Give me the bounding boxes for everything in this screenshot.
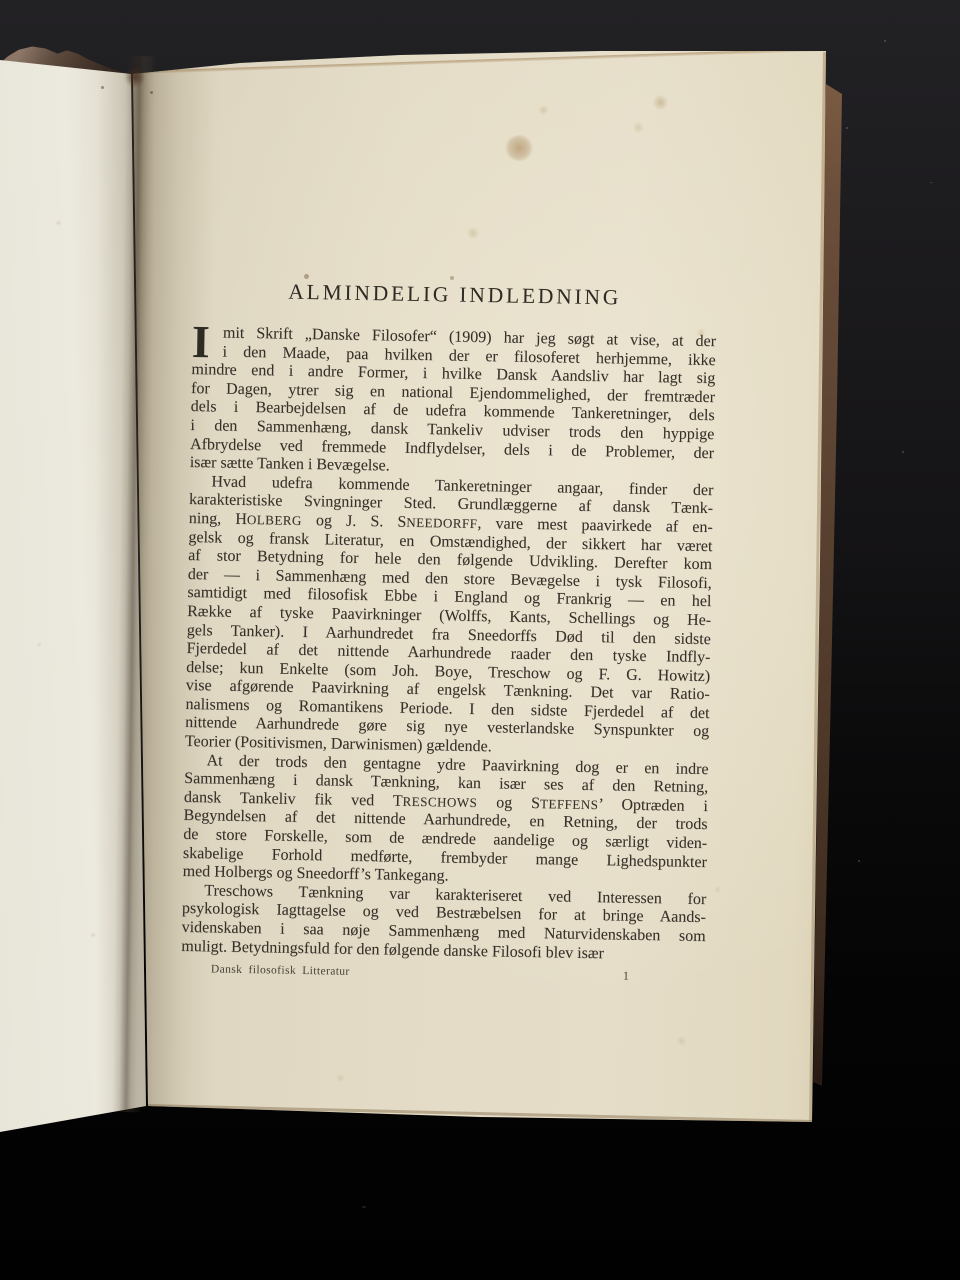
text-body: Imit Skrift „Danske Filosofer“ (1909) ha… bbox=[181, 324, 716, 965]
foxing-spot bbox=[304, 274, 309, 279]
page-number: 1 bbox=[623, 969, 629, 984]
running-title: Dansk filosofisk Litteratur bbox=[211, 964, 350, 978]
foxing-spot bbox=[538, 105, 549, 115]
right-page: ALMINDELIG INDLEDNING Imit Skrift „Dansk… bbox=[128, 46, 844, 1130]
foxing-spot bbox=[714, 886, 721, 893]
paragraph: Treschows Tænkning var karakteriseret ve… bbox=[181, 882, 706, 966]
text-block: ALMINDELIG INDLEDNING Imit Skrift „Dansk… bbox=[181, 278, 717, 985]
drop-cap: I bbox=[192, 325, 211, 361]
foxing-spot bbox=[504, 135, 534, 161]
page-title: ALMINDELIG INDLEDNING bbox=[193, 278, 717, 312]
foxing-spot bbox=[55, 220, 62, 226]
footer: Dansk filosofisk Litteratur 1 bbox=[181, 961, 705, 985]
dust-speck bbox=[858, 860, 860, 862]
foxing-spot bbox=[466, 227, 480, 239]
foxing-spot bbox=[632, 122, 645, 133]
foxing-spot bbox=[652, 95, 669, 110]
dust-speck bbox=[902, 451, 904, 453]
dust-speck bbox=[362, 1206, 366, 1208]
foxing-spot bbox=[36, 642, 42, 647]
page-edge bbox=[134, 48, 828, 74]
gutter-shadow bbox=[125, 66, 145, 88]
foxing-spot bbox=[676, 1036, 687, 1046]
paragraph: Imit Skrift „Danske Filosofer“ (1909) ha… bbox=[190, 324, 717, 482]
paragraph: Hvad udefra kommende Tankeretninger anga… bbox=[185, 473, 714, 761]
foxing-spot bbox=[450, 276, 454, 280]
dust-speck bbox=[846, 127, 848, 129]
photo-of-open-book: ALMINDELIG INDLEDNING Imit Skrift „Dansk… bbox=[0, 0, 960, 1280]
page-edge bbox=[146, 1104, 814, 1123]
foxing-spot bbox=[101, 86, 104, 89]
dust-speck bbox=[884, 40, 886, 42]
dust-speck bbox=[930, 182, 932, 183]
paragraph: At der trods den gentagne ydre Paavirkni… bbox=[182, 752, 708, 891]
foxing-spot bbox=[336, 1074, 345, 1082]
foxing-spot bbox=[90, 932, 96, 938]
